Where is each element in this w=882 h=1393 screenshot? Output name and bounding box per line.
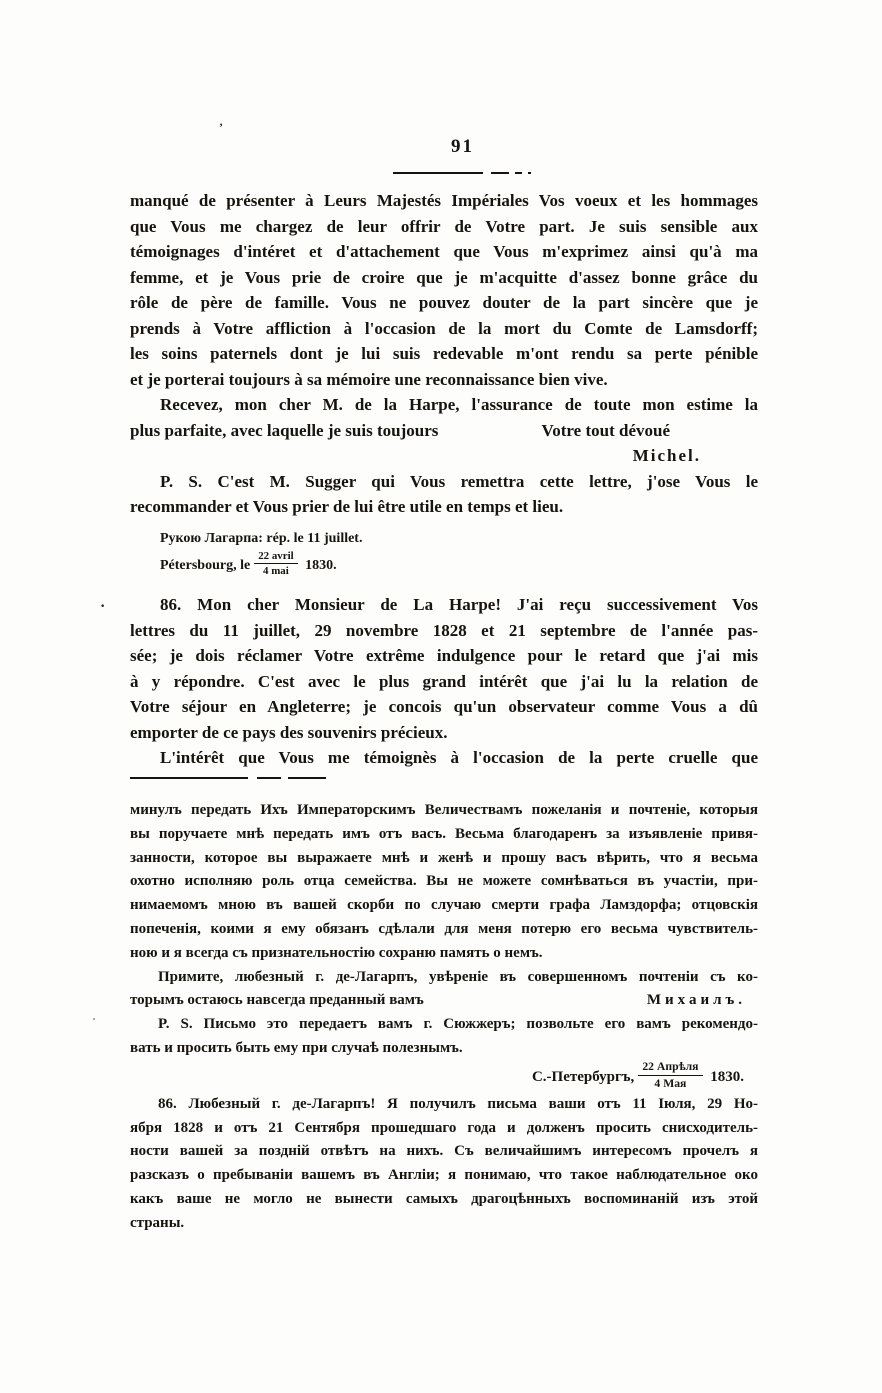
text-line: prends à Votre affliction à l'occasion d… xyxy=(130,316,758,342)
text-line: Рукою Лагарпа: rép. le 11 juillet. xyxy=(160,528,720,550)
text-line: Votre séjour en Angleterre; je concois q… xyxy=(130,694,758,720)
rule-segment xyxy=(515,172,522,174)
page-number-underline xyxy=(393,171,543,174)
page-number: 91 xyxy=(395,136,530,158)
text-line: recommander et Vous prier de lui être ut… xyxy=(130,494,758,520)
text-line: témoignages d'intéret et d'attachement q… xyxy=(130,239,758,265)
dateline-year: 1830. xyxy=(302,558,337,573)
stray-ink-mark: ’ xyxy=(219,120,223,135)
rule-segment xyxy=(393,172,483,174)
rule-segment xyxy=(528,172,531,174)
french-annotation-and-dateline: Рукою Лагарпа: rép. le 11 juillet.Péters… xyxy=(160,528,720,582)
date-fraction: 22 Апрѣля4 Мая xyxy=(638,1060,702,1090)
text-line: Pétersbourg, le22 avril4 mai 1830. xyxy=(160,550,720,582)
text-line: нимаемомъ мною въ вашей скорби по случаю… xyxy=(130,894,758,918)
rule-segment xyxy=(130,777,248,779)
text-line: femme, et je Vous prie de croire que je … xyxy=(130,265,758,291)
text-line: à y répondre. C'est avec le plus grand i… xyxy=(130,669,758,695)
text-line: rôle de père de famille. Vous ne pouvez … xyxy=(130,290,758,316)
text-line: sée; je dois réclamer Votre extrême indu… xyxy=(130,643,758,669)
text-line: plus parfaite, avec laquelle je suis tou… xyxy=(130,418,758,444)
text-line: manqué de présenter à Leurs Majestés Imp… xyxy=(130,188,758,214)
text-line: страны. xyxy=(130,1212,758,1236)
rule-segment xyxy=(257,777,281,779)
text-line: ября 1828 и отъ 21 Сентября прошедшаго г… xyxy=(130,1117,758,1141)
rule-segment xyxy=(288,777,326,779)
text-line: охотно исполняю роль отца семейства. Вы … xyxy=(130,870,758,894)
margin-dot: · xyxy=(100,598,105,616)
russian-translation-body: минулъ передать Ихъ Императорскимъ Велич… xyxy=(130,799,758,1236)
text-line: разсказъ о пребываніи вашемъ въ Англіи; … xyxy=(130,1164,758,1188)
text-line: lettres du 11 juillet, 29 novembre 1828 … xyxy=(130,618,758,644)
text-line: 86. Mon cher Monsieur de La Harpe! J'ai … xyxy=(130,592,758,618)
dateline-prefix: С.-Петербургъ, xyxy=(532,1069,634,1085)
text-line: 86. Любезный г. де-Лагарпъ! Я получилъ п… xyxy=(130,1093,758,1117)
text-line: вы поручаете мнѣ передать имъ отъ васъ. … xyxy=(130,823,758,847)
text-line: P. S. C'est M. Sugger qui Vous remettra … xyxy=(130,469,758,495)
rule-segment xyxy=(491,172,509,174)
text-line: emporter de ce pays des souvenirs précie… xyxy=(130,720,758,746)
date-fraction: 22 avril4 mai xyxy=(254,550,297,578)
dateline-prefix: Pétersbourg, le xyxy=(160,558,250,573)
text-line: попеченія, коими я ему обязанъ сдѣлали д… xyxy=(130,918,758,942)
text-line: занности, которое вы выражаете мнѣ и жен… xyxy=(130,847,758,871)
text-line: Recevez, mon cher M. de la Harpe, l'assu… xyxy=(130,392,758,418)
dateline-year: 1830. xyxy=(707,1069,745,1085)
text-line: que Vous me chargez de leur offrir de Vo… xyxy=(130,214,758,240)
text-segment: Михаилъ. xyxy=(647,989,746,1013)
text-line: минулъ передать Ихъ Императорскимъ Велич… xyxy=(130,799,758,823)
text-line: L'intérêt que Vous me témoignès à l'occa… xyxy=(130,745,758,771)
text-segment: торымъ остаюсь навсегда преданный вамъ xyxy=(130,989,424,1013)
french-letter-body: manqué de présenter à Leurs Majestés Imp… xyxy=(130,188,758,520)
document-page: ’ 91 manqué de présenter à Leurs Majesté… xyxy=(0,0,882,1393)
text-line: какъ ваше не могло не вынести самыхъ дра… xyxy=(130,1188,758,1212)
text-line: Michel. xyxy=(130,443,758,469)
text-segment: plus parfaite, avec laquelle je suis tou… xyxy=(130,418,438,444)
text-line: вать и просить быть ему при случаѣ полез… xyxy=(130,1037,758,1061)
text-line: ною и я всегда съ признательностію сохра… xyxy=(130,942,758,966)
text-line: Примите, любезный г. де-Лагарпъ, увѣрені… xyxy=(130,966,758,990)
footnote-separator-rule xyxy=(130,776,326,779)
text-line: С.-Петербургъ,22 Апрѣля4 Мая 1830. xyxy=(130,1061,758,1093)
text-line: les soins paternels dont je lui suis red… xyxy=(130,341,758,367)
margin-speck: · xyxy=(92,1012,96,1027)
text-line: P. S. Письмо это передаетъ вамъ г. Сюжже… xyxy=(130,1013,758,1037)
french-letter-86: 86. Mon cher Monsieur de La Harpe! J'ai … xyxy=(130,592,758,771)
text-line: et je porterai toujours à sa mémoire une… xyxy=(130,367,758,393)
text-line: ности вашей за поздній отвѣтъ на нихъ. С… xyxy=(130,1140,758,1164)
text-line: торымъ остаюсь навсегда преданный вамъМи… xyxy=(130,989,758,1013)
text-segment: Votre tout dévoué xyxy=(542,418,670,444)
